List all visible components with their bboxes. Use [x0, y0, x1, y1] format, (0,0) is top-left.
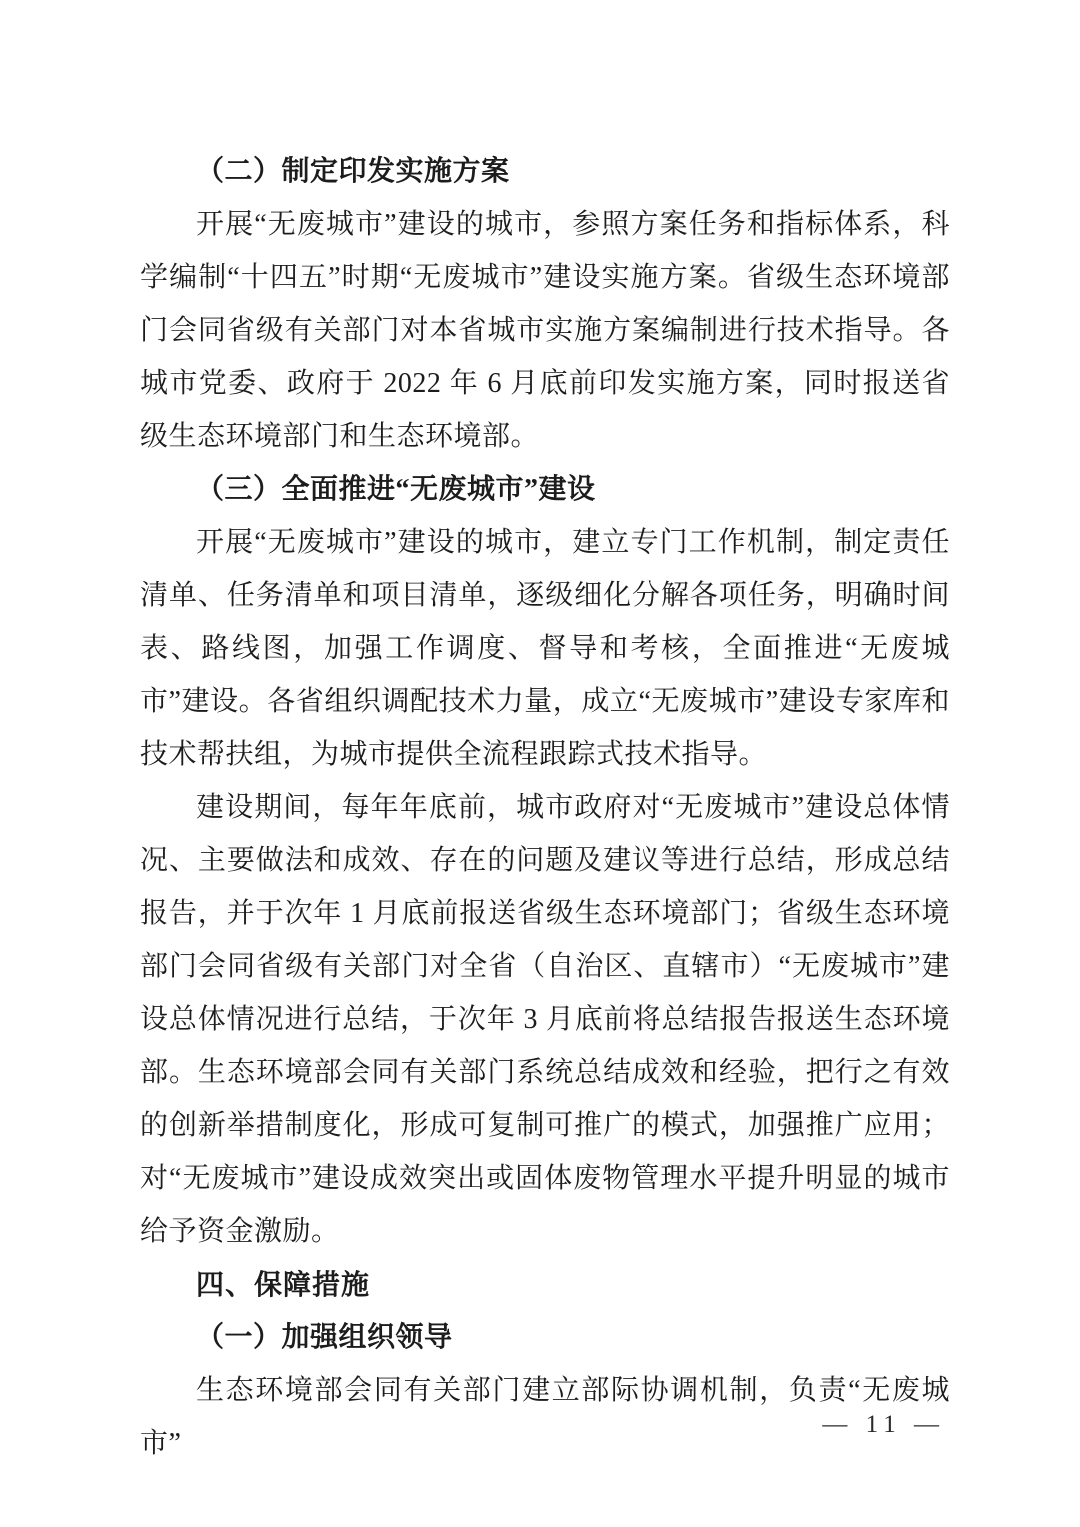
section-heading-1: （一）加强组织领导 — [140, 1311, 950, 1364]
section-heading-3: （三）全面推进“无废城市”建设 — [140, 463, 950, 516]
document-page: （二）制定印发实施方案 开展“无废城市”建设的城市，参照方案任务和指标体系，科学… — [0, 0, 1080, 1527]
chapter-heading-4: 四、保障措施 — [140, 1258, 950, 1311]
section-heading-2: （二）制定印发实施方案 — [140, 145, 950, 198]
document-body: （二）制定印发实施方案 开展“无废城市”建设的城市，参照方案任务和指标体系，科学… — [140, 145, 950, 1470]
paragraph-annual-summary: 建设期间，每年年底前，城市政府对“无废城市”建设总体情况、主要做法和成效、存在的… — [140, 781, 950, 1258]
page-number: — 11 — — [822, 1402, 945, 1448]
paragraph-implementation-plan: 开展“无废城市”建设的城市，参照方案任务和指标体系，科学编制“十四五”时期“无废… — [140, 198, 950, 463]
paragraph-promote-construction: 开展“无废城市”建设的城市，建立专门工作机制，制定责任清单、任务清单和项目清单，… — [140, 516, 950, 781]
